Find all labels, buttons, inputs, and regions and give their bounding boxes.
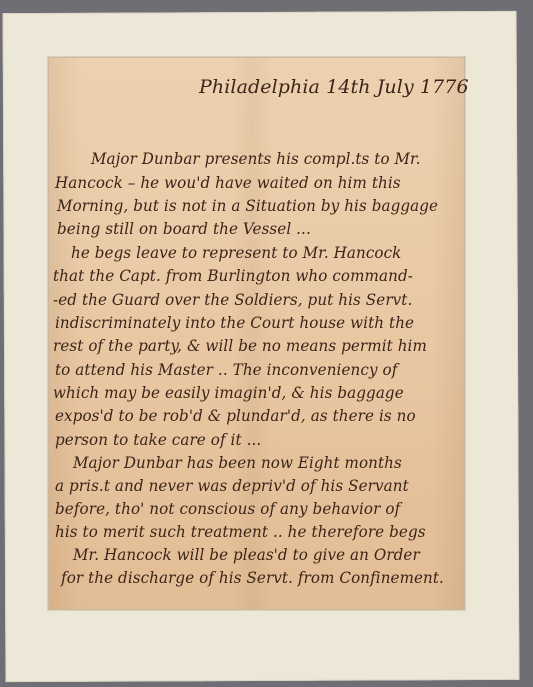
letter-line: Major Dunbar has been now Eight months — [73, 454, 454, 472]
letter-line: Morning, but is not in a Situation by hi… — [57, 197, 454, 215]
manuscript-letter: Philadelphia 14th July 1776 Major Dunbar… — [48, 57, 465, 610]
letter-line: indiscriminately into the Court house wi… — [55, 314, 454, 332]
letter-line: his to merit such treatment .. he theref… — [55, 523, 454, 541]
letter-line: to attend his Master .. The inconvenienc… — [55, 361, 454, 379]
letter-line: being still on board the Vessel ... — [57, 220, 454, 238]
letter-line: for the discharge of his Servt. from Con… — [61, 569, 454, 587]
letter-line: before, tho' not conscious of any behavi… — [55, 500, 454, 518]
letter-line: a pris.t and never was depriv'd of his S… — [55, 477, 454, 495]
letter-line: person to take care of it ... — [55, 431, 454, 449]
letter-line: which may be easily imagin'd, & his bagg… — [53, 384, 454, 402]
letter-line: expos'd to be rob'd & plundar'd, as ther… — [55, 407, 454, 425]
letter-line: Mr. Hancock will be pleas'd to give an O… — [73, 546, 454, 564]
letter-heading: Philadelphia 14th July 1776 — [199, 76, 464, 98]
letter-line: Major Dunbar presents his compl.ts to Mr… — [91, 150, 454, 168]
letter-line: he begs leave to represent to Mr. Hancoc… — [71, 244, 454, 262]
letter-line: Hancock – he wou'd have waited on him th… — [55, 174, 454, 192]
letter-line: rest of the party, & will be no means pe… — [53, 337, 454, 355]
letter-line: that the Capt. from Burlington who comma… — [53, 267, 454, 285]
letter-line: -ed the Guard over the Soldiers, put his… — [53, 291, 454, 309]
